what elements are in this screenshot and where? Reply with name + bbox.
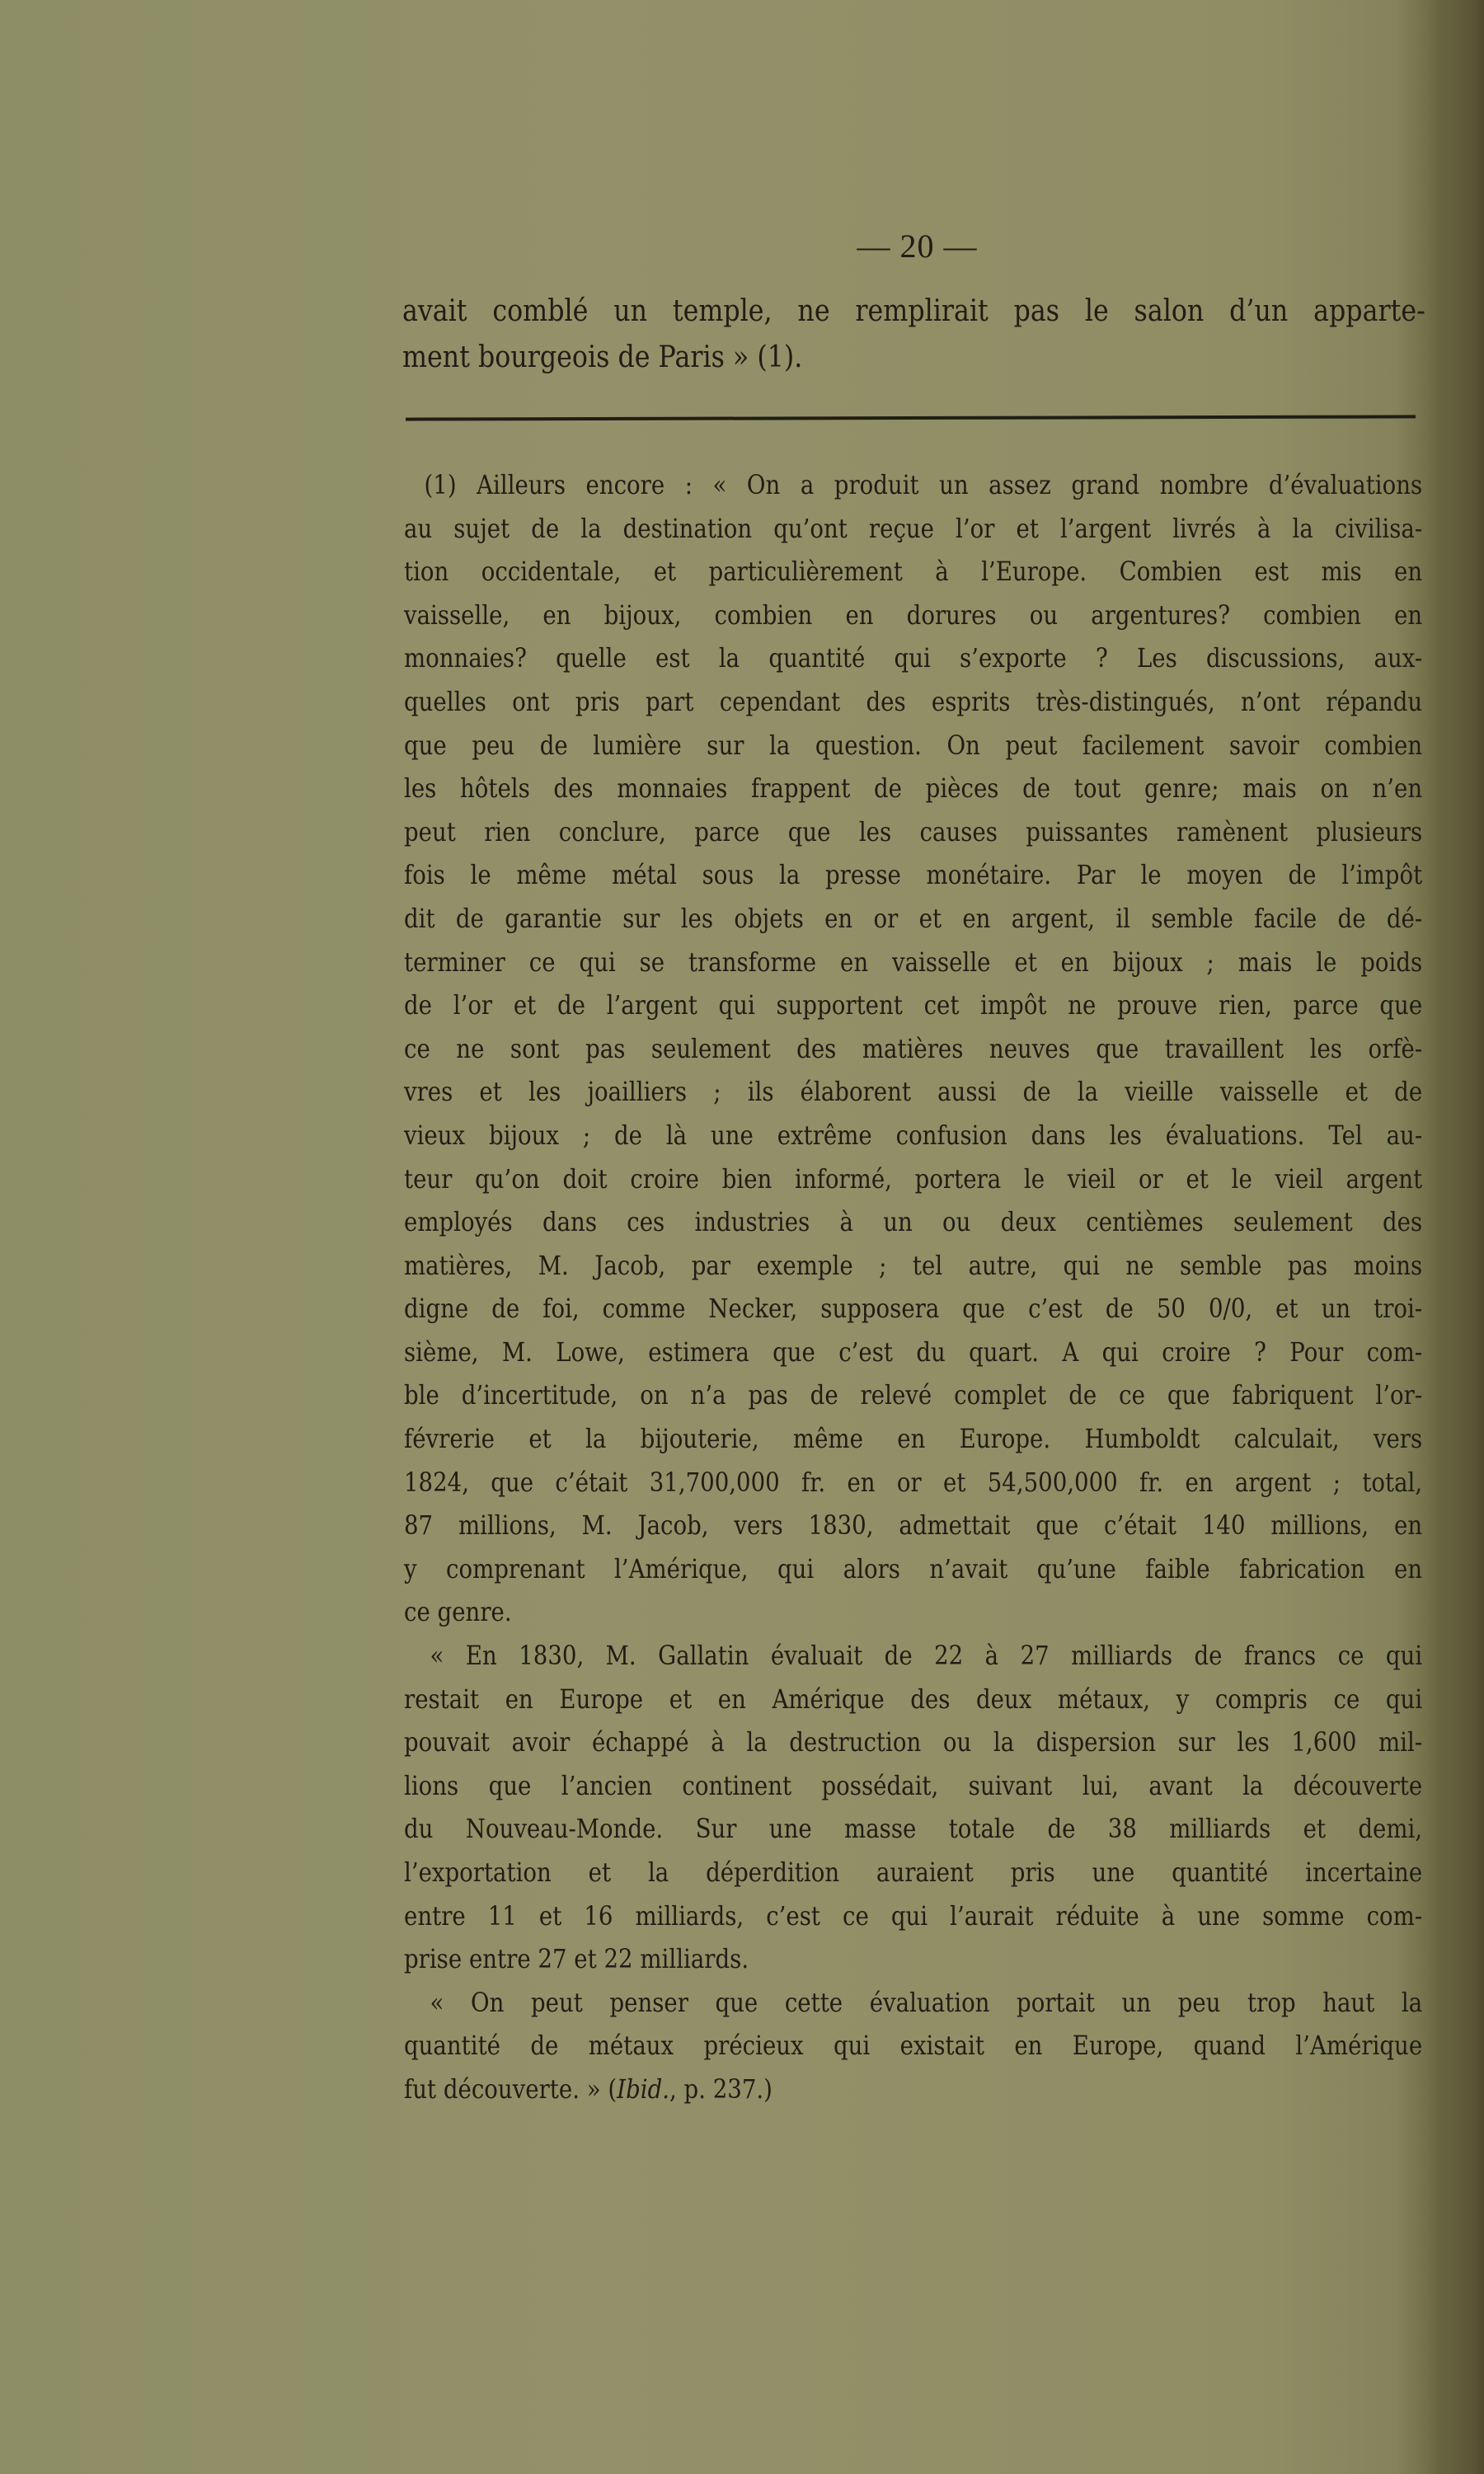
main-text: avait comblé un temple, ne remplirait pa… <box>402 289 1425 381</box>
footnote-line: vieux bijoux ; de là une extrême confusi… <box>404 1115 1422 1158</box>
footnote-last-line: fut découverte. » (Ibid., p. 237.) <box>404 2068 1422 2112</box>
footnote-line: sième, M. Lowe, estimera que c’est du qu… <box>404 1331 1422 1375</box>
footnote-text: fut découverte. » ( <box>404 2075 617 2105</box>
footnote-line: ce ne sont pas seulement des matières ne… <box>404 1028 1422 1072</box>
footnote-line: les hôtels des monnaies frappent de pièc… <box>404 768 1422 811</box>
footnote-line: entre 11 et 16 milliards, c’est ce qui l… <box>404 1895 1422 1939</box>
footnote-line: digne de foi, comme Necker, supposera qu… <box>404 1288 1422 1331</box>
footnote-line: du Nouveau-Monde. Sur une masse totale d… <box>404 1808 1422 1852</box>
footnote-line: pouvait avoir échappé à la destruction o… <box>404 1721 1422 1765</box>
footnote-line: « En 1830, M. Gallatin évaluait de 22 à … <box>404 1635 1422 1678</box>
footnote-line: quelles ont pris part cependant des espr… <box>404 681 1422 725</box>
footnote-line: employés dans ces industries à un ou deu… <box>404 1201 1422 1245</box>
footnote-line: quantité de métaux précieux qui existait… <box>404 2025 1422 2068</box>
main-text-line: ment bourgeois de Paris » (1). <box>402 335 1425 381</box>
footnote-line: restait en Europe et en Amérique des deu… <box>404 1678 1422 1722</box>
footnote-line: fois le même métal sous la presse monéta… <box>404 854 1422 898</box>
main-text-line: avait comblé un temple, ne remplirait pa… <box>402 289 1425 335</box>
footnote-line: ce genre. <box>404 1591 1422 1635</box>
citation-page: , p. 237.) <box>669 2075 773 2105</box>
footnote-line: ble d’incertitude, on n’a pas de relevé … <box>404 1374 1422 1418</box>
footnote-line: que peu de lumière sur la question. On p… <box>404 725 1422 768</box>
page-edge-shadow <box>1426 0 1484 2474</box>
footnote-line: au sujet de la destination qu’ont reçue … <box>404 508 1422 552</box>
footnote-line: teur qu’on doit croire bien informé, por… <box>404 1158 1422 1202</box>
footnote-separator-rule <box>406 415 1416 420</box>
citation-ibid: Ibid. <box>617 2075 669 2105</box>
footnote-line: dit de garantie sur les objets en or et … <box>404 898 1422 941</box>
footnote-line: vres et les joailliers ; ils élaborent a… <box>404 1071 1422 1115</box>
footnote-line: (1) Ailleurs encore : « On a produit un … <box>404 464 1422 508</box>
footnote-line: tion occidentale, et particulièrement à … <box>404 551 1422 594</box>
footnote-line: matières, M. Jacob, par exemple ; tel au… <box>404 1245 1422 1289</box>
footnote-line: terminer ce qui se transforme en vaissel… <box>404 941 1422 985</box>
footnote-line: 87 millions, M. Jacob, vers 1830, admett… <box>404 1505 1422 1548</box>
footnote-line: « On peut penser que cette évaluation po… <box>404 1982 1422 2026</box>
footnote-line: févrerie et la bijouterie, même en Europ… <box>404 1418 1422 1462</box>
footnote-line: 1824, que c’était 31,700,000 fr. en or e… <box>404 1462 1422 1505</box>
footnote-line: l’exportation et la déperdition auraient… <box>404 1852 1422 1895</box>
footnote-line: vaisselle, en bijoux, combien en dorures… <box>404 594 1422 638</box>
footnote-line: lions que l’ancien continent possédait, … <box>404 1765 1422 1809</box>
footnote-line: de l’or et de l’argent qui supportent ce… <box>404 984 1422 1028</box>
footnote: (1) Ailleurs encore : « On a produit un … <box>404 464 1422 2112</box>
footnote-line: y comprenant l’Amérique, qui alors n’ava… <box>404 1548 1422 1592</box>
page-number: — 20 — <box>0 227 1484 265</box>
footnote-line: prise entre 27 et 22 milliards. <box>404 1938 1422 1982</box>
footnote-line: monnaies? quelle est la quantité qui s’e… <box>404 637 1422 681</box>
footnote-line: peut rien conclure, parce que les causes… <box>404 811 1422 855</box>
